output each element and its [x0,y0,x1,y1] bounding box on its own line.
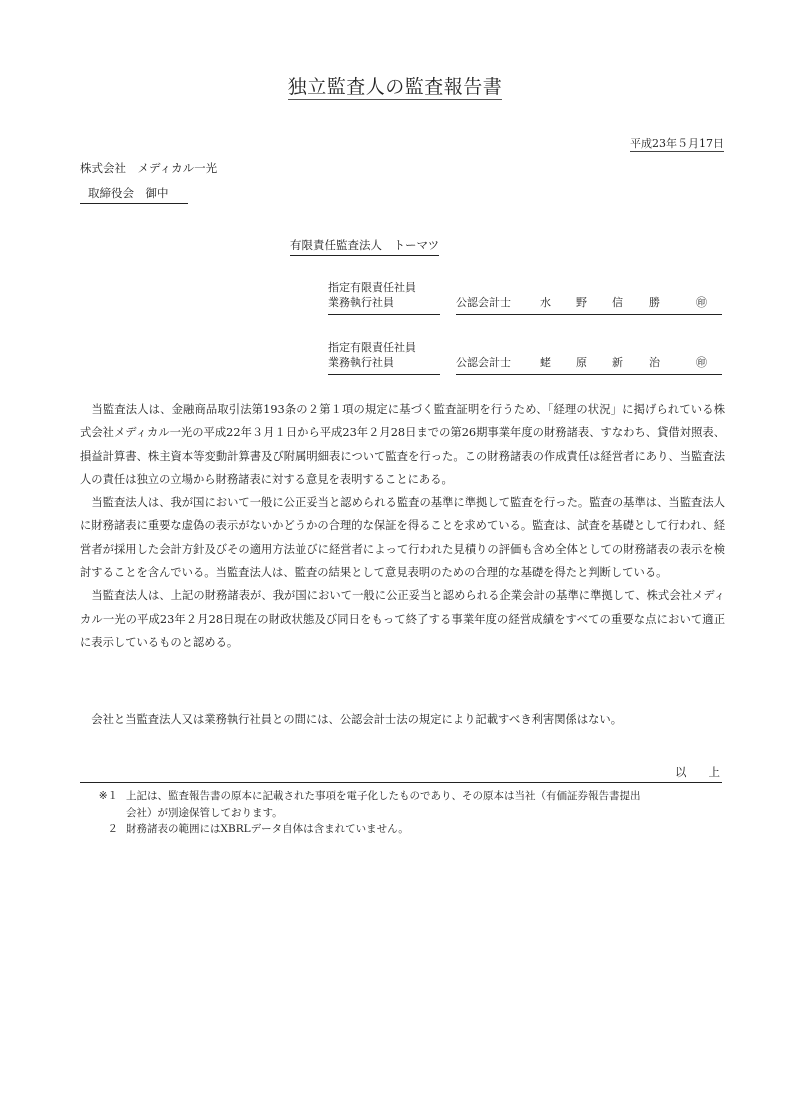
interest-statement-text: 会社と当監査法人又は業務執行社員との間には、公認会計士法の規定により記載すべき利… [80,708,725,731]
signatory-1-name-char: 水 [540,294,551,310]
seal-icon: ㊞ [696,294,707,310]
signatory-1-role: 指定有限責任社員 業務執行社員 [328,280,440,315]
audit-firm-name: 有限責任監査法人 トーマツ [290,237,439,256]
closing-mark: 以上 [675,764,720,780]
document-title: 独立監査人の監査報告書 [0,72,790,99]
role-line-2: 業務執行社員 [328,355,440,370]
audit-opinion-body: 当監査法人は、金融商品取引法第193条の２第１項の規定に基づく監査証明を行うため… [80,398,725,654]
footnote-2: ２ 財務諸表の範囲にはXBRLデータ自体は含まれていません。 [92,821,641,838]
signatory-1-name-block: 公認会計士 水 野 信 勝 ㊞ [456,290,722,315]
footnote-mark: ※１ [92,788,126,821]
footnote-text: 財務諸表の範囲にはXBRLデータ自体は含まれていません。 [126,821,409,838]
signatory-1-title: 公認会計士 [456,294,511,310]
report-date: 平成23年５月17日 [630,135,724,151]
seal-icon: ㊞ [696,354,707,370]
footnotes: ※１ 上記は、監査報告書の原本に記載された事項を電子化したものであり、その原本は… [92,788,641,838]
notes-divider [80,782,722,783]
title-text: 独立監査人の監査報告書 [288,76,503,100]
footnote-1: ※１ 上記は、監査報告書の原本に記載された事項を電子化したものであり、その原本は… [92,788,641,821]
signatory-2-name-char: 治 [649,354,660,370]
closing-char: 上 [709,765,721,779]
addressee-company: 株式会社 メディカル一光 [80,160,217,176]
footnote-mark: ２ [92,821,126,838]
signatory-2-name-char: 原 [576,354,587,370]
role-line-2: 業務執行社員 [328,295,440,310]
signatory-2-name-char: 新 [612,354,623,370]
paragraph-scope: 当監査法人は、金融商品取引法第193条の２第１項の規定に基づく監査証明を行うため… [80,398,725,491]
footnote-text: 上記は、監査報告書の原本に記載された事項を電子化したものであり、その原本は当社（… [126,788,641,821]
signatory-1-name-char: 信 [612,294,623,310]
interest-statement: 会社と当監査法人又は業務執行社員との間には、公認会計士法の規定により記載すべき利… [80,708,725,731]
signatory-2-name-char: 蛯 [540,354,551,370]
signatory-1-name-char: 野 [576,294,587,310]
paragraph-basis: 当監査法人は、我が国において一般に公正妥当と認められる監査の基準に準拠して監査を… [80,491,725,584]
role-line-1: 指定有限責任社員 [328,280,440,295]
signatory-1-name-char: 勝 [649,294,660,310]
signatory-2-title: 公認会計士 [456,354,511,370]
footnote-line: 上記は、監査報告書の原本に記載された事項を電子化したものであり、その原本は当社（… [126,788,641,805]
report-date-text: 平成23年５月17日 [630,137,724,152]
addressee-board: 取締役会 御中 [80,185,188,204]
role-line-1: 指定有限責任社員 [328,340,440,355]
signatory-2-name-block: 公認会計士 蛯 原 新 治 ㊞ [456,350,722,375]
signatory-2-role: 指定有限責任社員 業務執行社員 [328,340,440,375]
footnote-line: 会社）が別途保管しております。 [126,805,641,822]
paragraph-opinion: 当監査法人は、上記の財務諸表が、我が国において一般に公正妥当と認められる企業会計… [80,584,725,654]
footnote-line: 財務諸表の範囲にはXBRLデータ自体は含まれていません。 [126,821,409,838]
closing-char: 以 [675,765,687,779]
